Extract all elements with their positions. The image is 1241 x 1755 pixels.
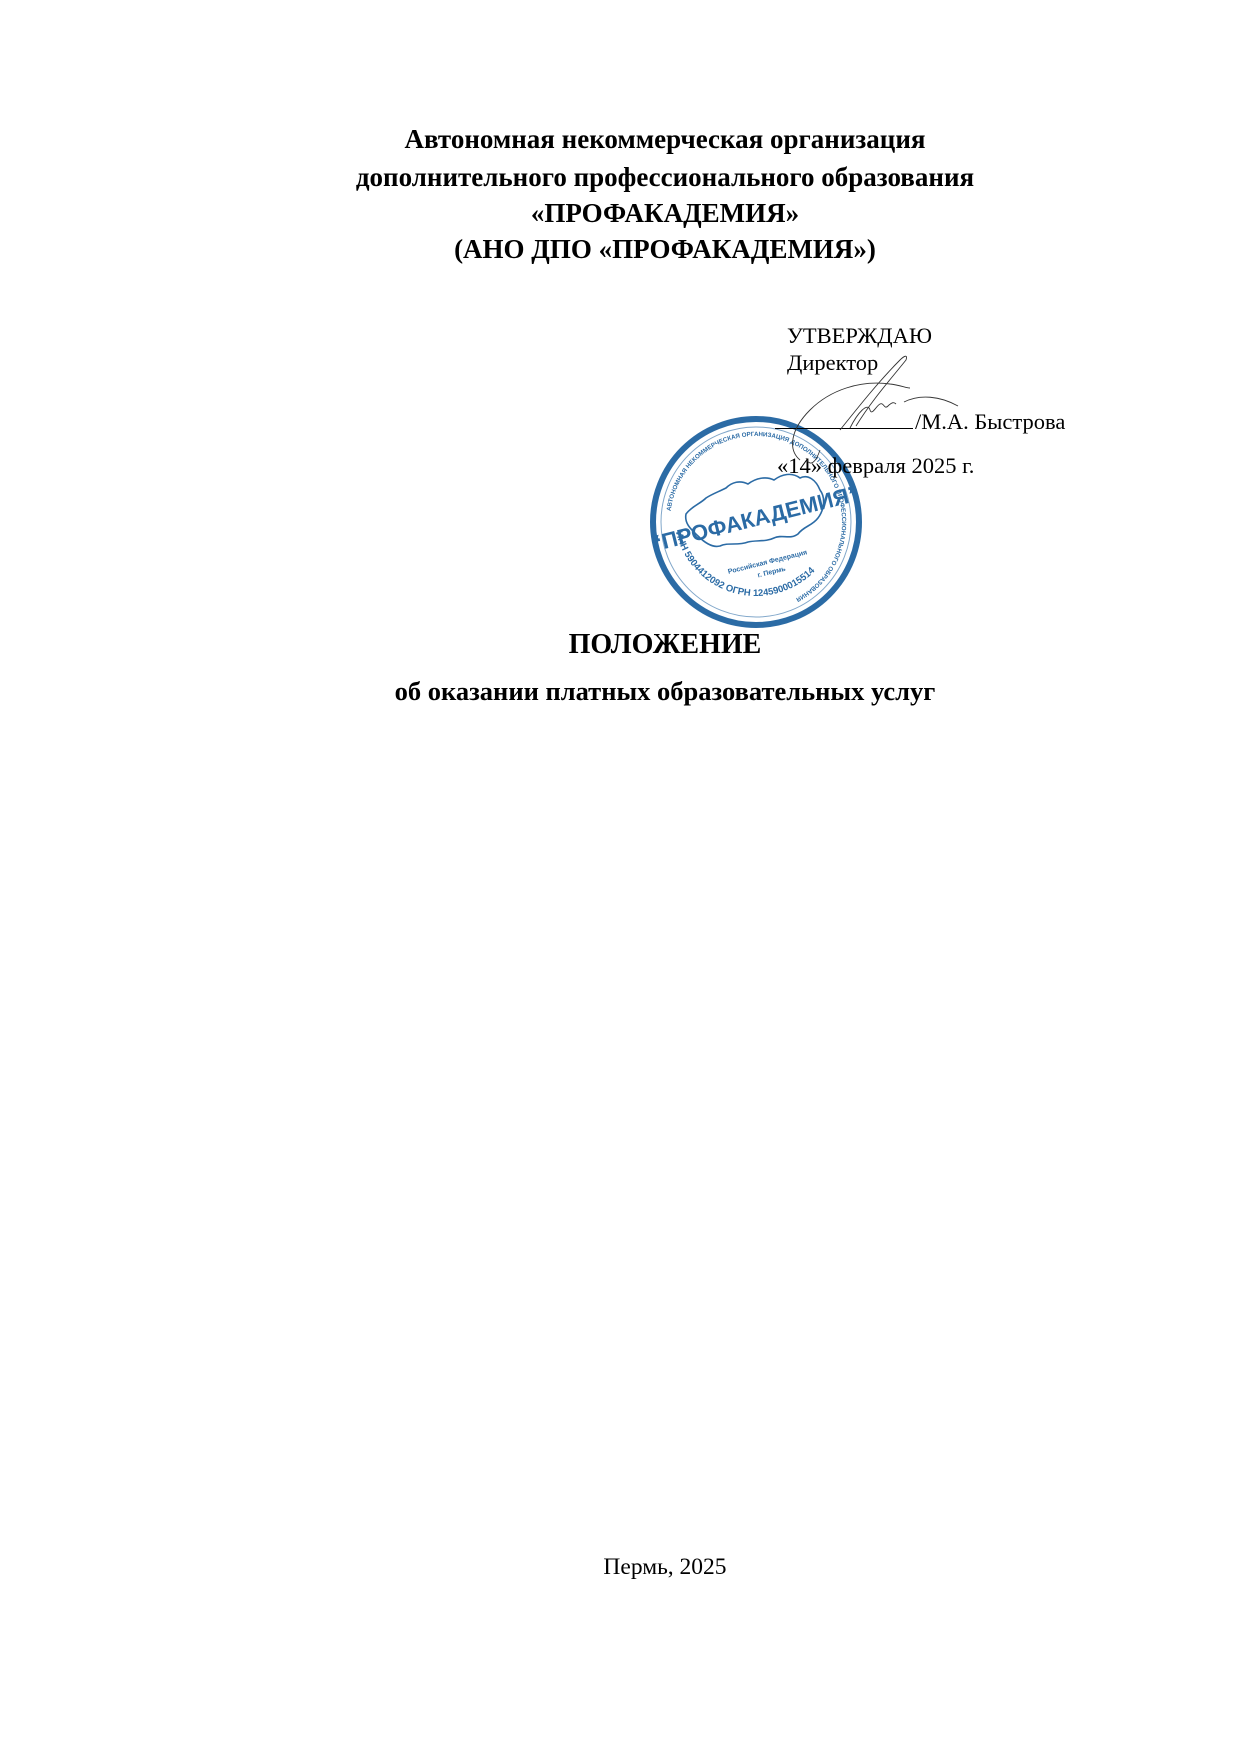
approval-date: «14» февраля 2025 г. [777, 452, 974, 479]
document-page: Автономная некоммерческая организация до… [0, 0, 1241, 1755]
organization-stamp: АВТОНОМНАЯ НЕКОММЕРЧЕСКАЯ ОРГАНИЗАЦИЯ ДО… [648, 414, 864, 630]
document-subtitle: об оказании платных образовательных услу… [240, 674, 1090, 708]
signature-line: /М.А. Быстрова [775, 406, 1065, 435]
org-name-line-2: дополнительного профессионального образо… [240, 158, 1090, 196]
director-position: Директор [787, 349, 932, 376]
org-abbreviation: (АНО ДПО «ПРОФАКАДЕМИЯ») [240, 230, 1090, 268]
document-title: ПОЛОЖЕНИЕ [240, 628, 1090, 662]
org-name-line-1: Автономная некоммерческая организация [240, 120, 1090, 158]
place-and-year: Пермь, 2025 [240, 1553, 1090, 1581]
director-name: /М.А. Быстрова [915, 409, 1065, 434]
organization-header: Автономная некоммерческая организация до… [240, 120, 1090, 268]
org-short-name: «ПРОФАКАДЕМИЯ» [240, 196, 1090, 230]
approve-label: УТВЕРЖДАЮ [787, 322, 932, 349]
signature-underline [775, 406, 913, 429]
approval-block: УТВЕРЖДАЮ Директор /М.А. Быстрова «14» ф… [787, 322, 932, 376]
